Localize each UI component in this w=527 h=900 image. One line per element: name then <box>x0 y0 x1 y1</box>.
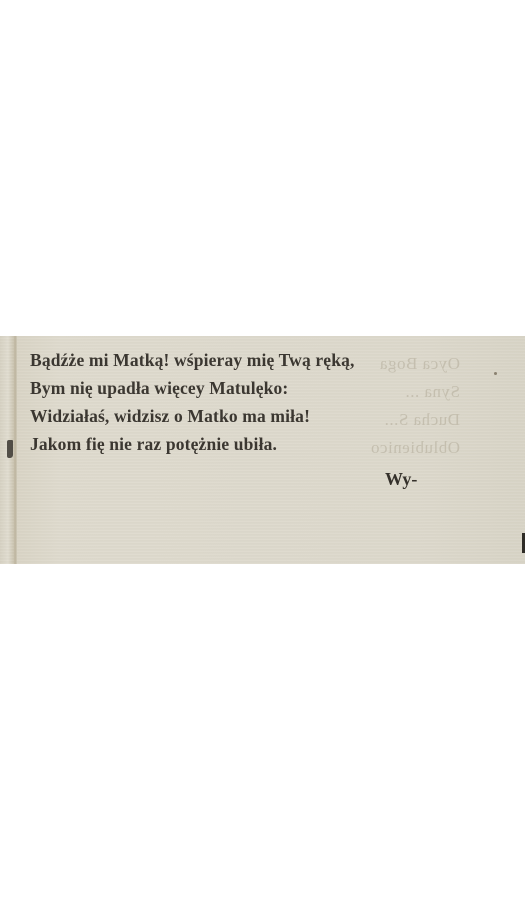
poem-line-3: Widziałaś, widzisz o Matko ma miła! <box>30 402 355 430</box>
show-through-line: Syna ... <box>340 378 460 406</box>
paper-speck <box>494 372 497 375</box>
show-through-line: Oyca Boga <box>340 350 460 378</box>
show-through-line: Oblubienico <box>340 434 460 462</box>
poem-stanza: Bądźże mi Matką! wśpieray mię Twą ręką, … <box>30 346 355 458</box>
ink-mark-left <box>7 440 13 458</box>
poem-line-1: Bądźże mi Matką! wśpieray mię Twą ręką, <box>30 346 355 374</box>
ink-mark-right <box>522 533 525 553</box>
show-through-text: Oyca Boga Syna ... Ducha S... Oblubienic… <box>340 350 460 462</box>
show-through-line: Ducha S... <box>340 406 460 434</box>
poem-line-4: Jakom fię nie raz potężnie ubiła. <box>30 430 355 458</box>
poem-line-2: Bym nię upadła więcey Matulęko: <box>30 374 355 402</box>
gutter-fold <box>14 336 17 564</box>
catchword: Wy- <box>385 469 417 490</box>
scanned-page: Oyca Boga Syna ... Ducha S... Oblubienic… <box>0 336 525 564</box>
